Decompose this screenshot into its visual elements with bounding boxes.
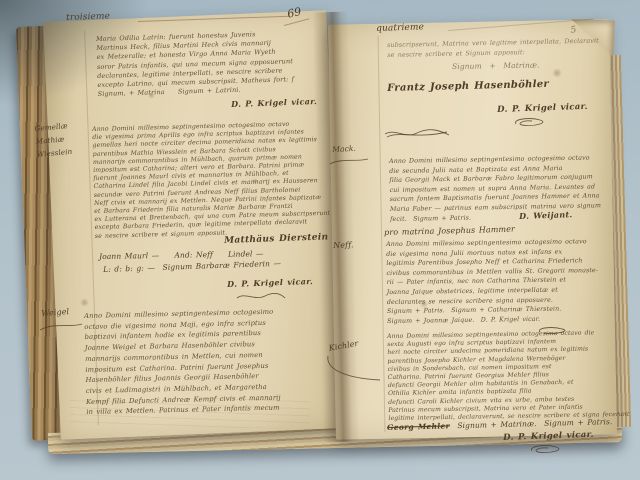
baptism-entry-1-lines: Maria Odilia Latrin: fuerunt honestus Ju…: [96, 29, 294, 99]
margin-note-neff: Neff.: [333, 240, 354, 250]
pen-flourish: [528, 444, 574, 454]
right-page-number: 5: [570, 25, 577, 36]
struck-signature: Georg Mehler: [387, 421, 450, 432]
pen-flourish: [38, 320, 84, 332]
margin-note-mack: Mack.: [332, 144, 356, 154]
baptism-entry-2-lines: Anno Domini millesimo septingentesimo oc…: [92, 120, 331, 241]
left-page-header: troisieme: [66, 11, 110, 23]
burial-entry-neff-lines: Anno Domini millesimo septingentesimo oc…: [386, 237, 599, 326]
weijant-signature: D. Weijant.: [519, 209, 573, 221]
pen-flourish: [512, 117, 558, 127]
margin-note-gemellae: GemellæMathiæWiesslein: [34, 119, 73, 161]
baptism-entry-kichler-lines: Anno Domini millesimo septingentesimo oc…: [387, 329, 630, 423]
scanned-register-page: troisieme 69 Maria Odilia Latrin: fuerun…: [0, 0, 640, 480]
pen-flourish: [324, 354, 384, 382]
cancelled-scribble: [383, 128, 451, 140]
pen-flourish: [328, 156, 370, 166]
foxing-spot: [80, 298, 89, 307]
right-page-header: quatrieme: [376, 22, 424, 34]
signum-row: Signum + Matrinæ.: [452, 60, 540, 71]
margin-note-weigel: Weigel: [41, 307, 69, 318]
baptism-entry-3-lines: Anno Domini millesimo septingentesimo oc…: [84, 307, 281, 418]
pen-flourish: [235, 292, 287, 301]
foxing-spot: [552, 68, 562, 78]
